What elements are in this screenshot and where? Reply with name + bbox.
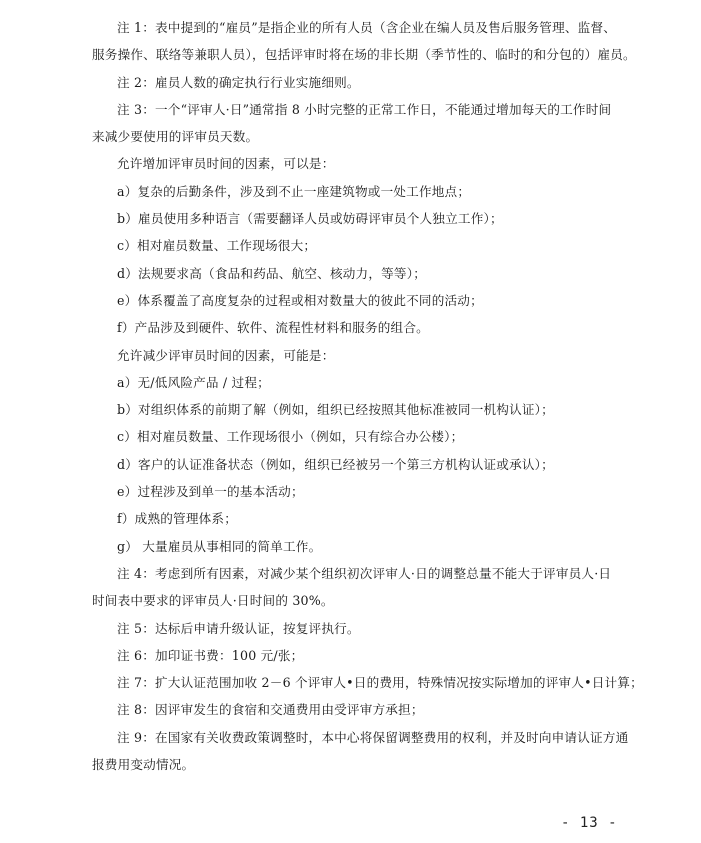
document-body: 注 1：表中提到的“雇员”是指企业的所有人员（含企业在编人员及售后服务管理、监督…	[92, 14, 618, 778]
decrease-factor-d: d）客户的认证准备状态（例如，组织已经被另一个第三方机构认证或承认）；	[92, 451, 618, 478]
decrease-factor-g: g） 大量雇员从事相同的简单工作。	[92, 533, 618, 560]
note-9-line-2: 报费用变动情况。	[92, 751, 618, 778]
decrease-factor-c: c）相对雇员数量、工作现场很小（例如，只有综合办公楼）；	[92, 423, 618, 450]
note-3-line-2: 来减少要使用的评审员天数。	[92, 123, 618, 150]
note-7: 注 7：扩大认证范围加收 2－6 个评审人•日的费用，特殊情况按实际增加的评审人…	[92, 669, 618, 696]
decrease-factor-b: b）对组织体系的前期了解（例如，组织已经按照其他标准被同一机构认证）；	[92, 396, 618, 423]
decrease-factor-a: a）无/低风险产品 / 过程；	[92, 369, 618, 396]
page-number: - 13 -	[561, 815, 618, 831]
decrease-factors-heading: 允许减少评审员时间的因素，可能是：	[92, 342, 618, 369]
note-2: 注 2：雇员人数的确定执行行业实施细则。	[92, 69, 618, 96]
increase-factor-c: c）相对雇员数量、工作现场很大；	[92, 232, 618, 259]
increase-factor-e: e）体系覆盖了高度复杂的过程或相对数量大的彼此不同的活动；	[92, 287, 618, 314]
note-6: 注 6：加印证书费：100 元/张；	[92, 642, 618, 669]
note-5: 注 5：达标后申请升级认证，按复评执行。	[92, 615, 618, 642]
note-4-line-2: 时间表中要求的评审员人·日时间的 30%。	[92, 587, 618, 614]
note-9-line-1: 注 9：在国家有关收费政策调整时，本中心将保留调整费用的权利，并及时向申请认证方…	[92, 724, 618, 751]
note-1-line-2: 服务操作、联络等兼职人员），包括评审时将在场的非长期（季节性的、临时的和分包的）…	[92, 41, 618, 68]
increase-factor-f: f）产品涉及到硬件、软件、流程性材料和服务的组合。	[92, 314, 618, 341]
note-4-line-1: 注 4：考虑到所有因素，对减少某个组织初次评审人·日的调整总量不能大于评审员人·…	[92, 560, 618, 587]
increase-factor-a: a）复杂的后勤条件，涉及到不止一座建筑物或一处工作地点；	[92, 178, 618, 205]
decrease-factor-e: e）过程涉及到单一的基本活动；	[92, 478, 618, 505]
decrease-factor-f: f）成熟的管理体系；	[92, 505, 618, 532]
note-1-line-1: 注 1：表中提到的“雇员”是指企业的所有人员（含企业在编人员及售后服务管理、监督…	[92, 14, 618, 41]
note-8: 注 8：因评审发生的食宿和交通费用由受评审方承担；	[92, 696, 618, 723]
note-3-line-1: 注 3：一个“评审人·日”通常指 8 小时完整的正常工作日，不能通过增加每天的工…	[92, 96, 618, 123]
increase-factor-d: d）法规要求高（食品和药品、航空、核动力，等等）；	[92, 260, 618, 287]
increase-factor-b: b）雇员使用多种语言（需要翻译人员或妨碍评审员个人独立工作）；	[92, 205, 618, 232]
increase-factors-heading: 允许增加评审员时间的因素，可以是：	[92, 150, 618, 177]
